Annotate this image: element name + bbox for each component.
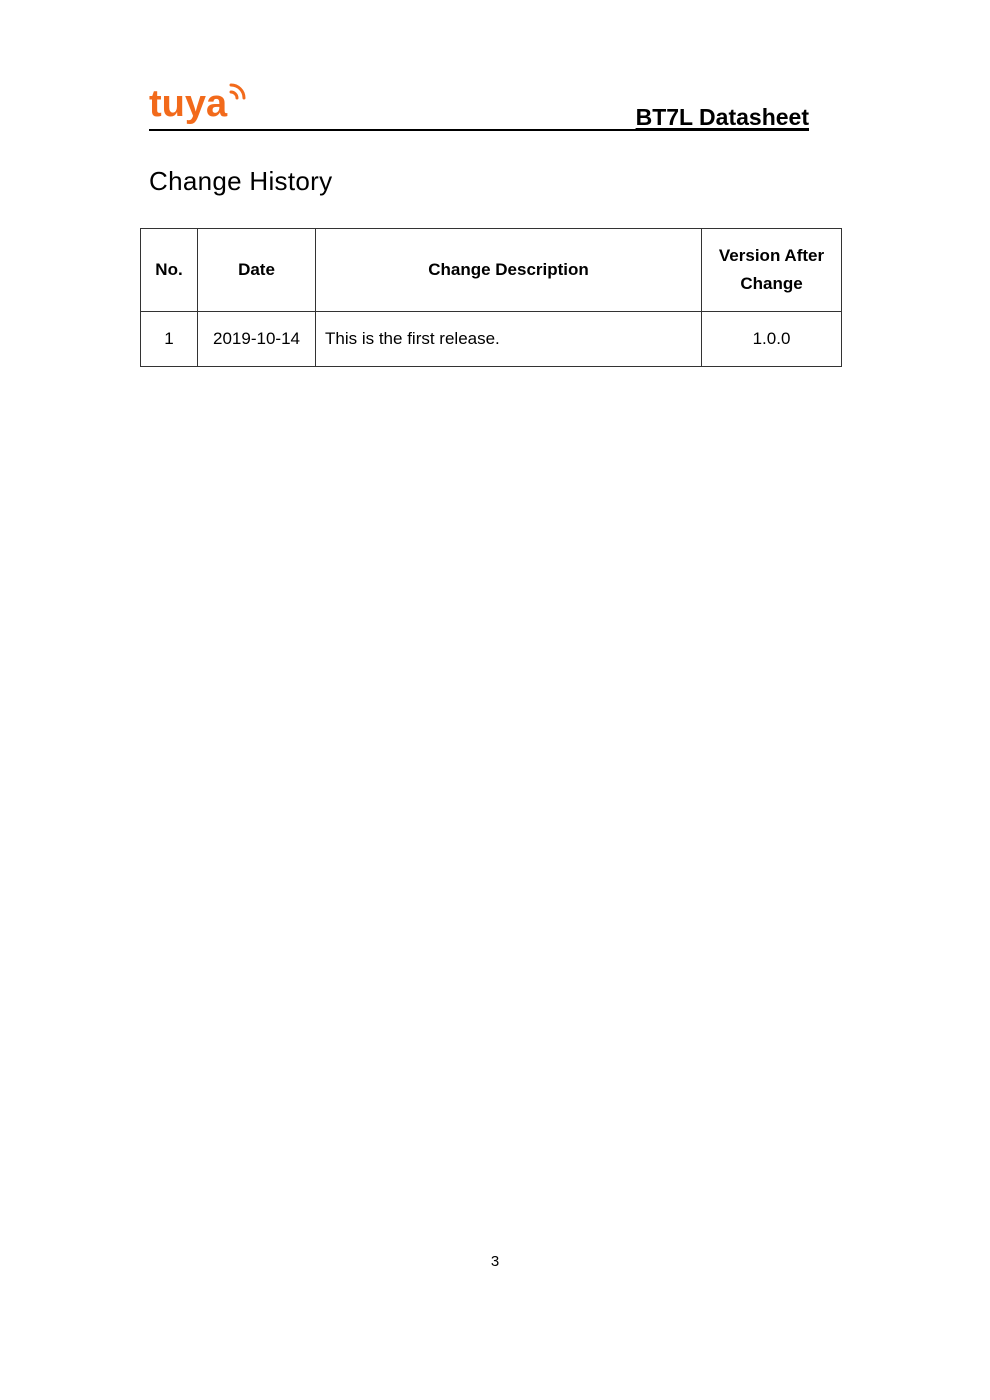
header-date: Date <box>198 229 316 312</box>
tuya-logo: tuya <box>149 80 249 128</box>
header-no: No. <box>141 229 198 312</box>
header-change-description: Change Description <box>316 229 702 312</box>
header-version-after-change: Version After Change <box>702 229 842 312</box>
section-title: Change History <box>149 166 332 197</box>
svg-text:tuya: tuya <box>149 83 228 125</box>
header-version-label: Version After Change <box>712 242 832 298</box>
cell-no: 1 <box>141 312 198 367</box>
tuya-logo-icon: tuya <box>149 80 249 128</box>
change-history-table: No. Date Change Description Version Afte… <box>140 228 842 367</box>
cell-date: 2019-10-14 <box>198 312 316 367</box>
page-number: 3 <box>0 1253 990 1270</box>
table-header-row: No. Date Change Description Version Afte… <box>141 229 842 312</box>
document-title: BT7L Datasheet <box>636 104 809 131</box>
cell-version: 1.0.0 <box>702 312 842 367</box>
header-divider <box>149 129 809 131</box>
cell-description: This is the first release. <box>316 312 702 367</box>
table-row: 1 2019-10-14 This is the first release. … <box>141 312 842 367</box>
